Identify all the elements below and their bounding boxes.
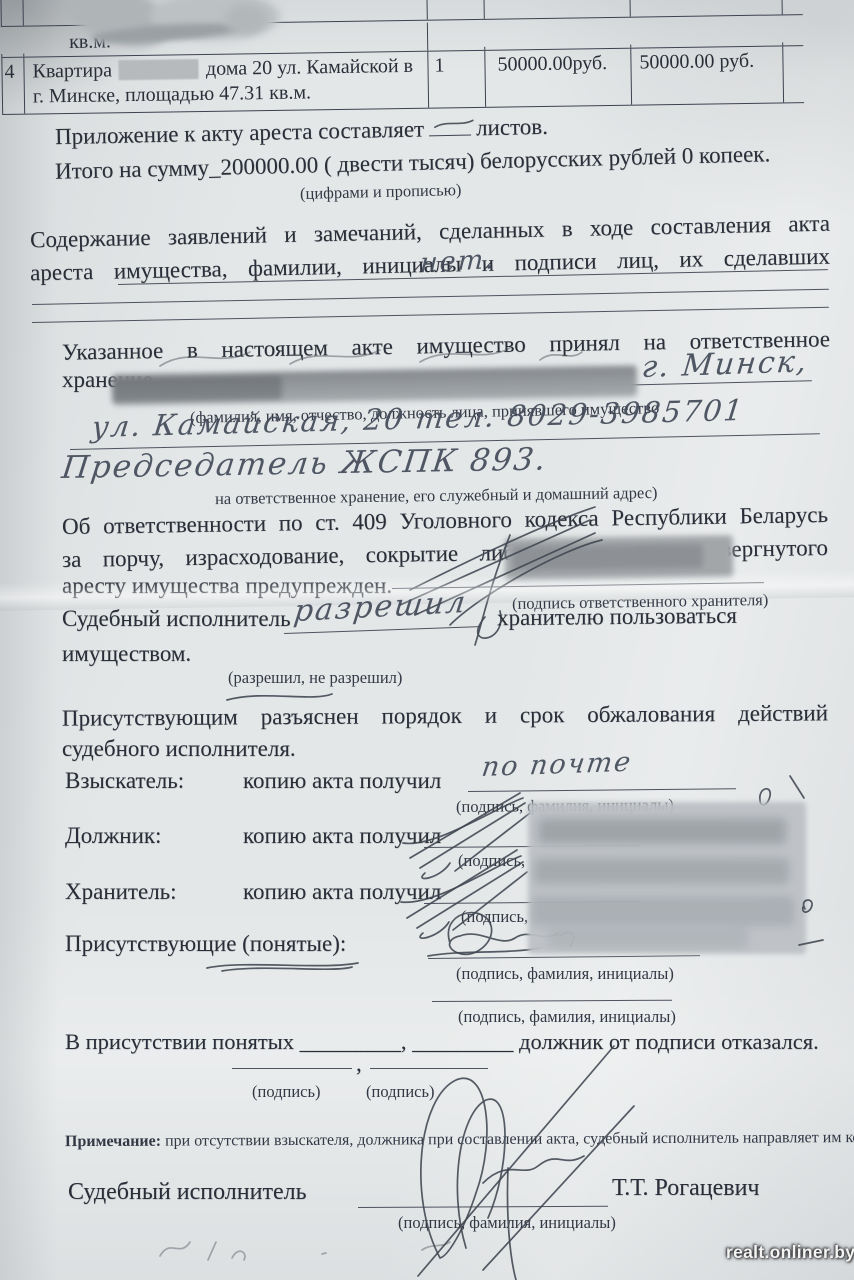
description-cell: Квартирадома 20 ул. Камайской в г. Минск… — [24, 52, 429, 114]
comma: , — [356, 1048, 362, 1080]
margin-marks — [795, 895, 827, 953]
annex-text: Приложение к акту ареста составляет — [55, 116, 425, 149]
blank-rule — [32, 289, 829, 305]
redacted-names-block — [528, 802, 806, 954]
explained-line2: судебного исполнителя. — [62, 733, 296, 765]
explained-line1: Присутствующим разъяснен порядок и срок … — [62, 697, 828, 734]
hand-underline — [202, 958, 364, 974]
stamp-smudge — [225, 4, 267, 34]
bailiff-label: Судебный исполнитель — [68, 1176, 307, 1208]
permit-line2: имуществом. — [62, 638, 191, 670]
total-cell: 50000.00 руб. — [631, 46, 784, 104]
handwritten-city: г. Минск, — [640, 344, 810, 385]
handwritten-by-mail: по почте — [480, 747, 635, 783]
annex-text-2: листов. — [476, 114, 548, 140]
note-label: Примечание: — [65, 1133, 161, 1151]
scanned-arrest-act-page: кв.м. 4 Квартирадома 20 ул. Камайской в … — [0, 0, 854, 1280]
caption-sig-full: (подпись, фамилия, инициалы) — [456, 964, 674, 984]
caption-sig-short: (подпись) — [252, 1082, 321, 1102]
table-row: 4 Квартирадома 20 ул. Камайской в г. Мин… — [1, 46, 804, 115]
redacted-apartment-number — [119, 59, 199, 80]
blank-rule — [32, 307, 829, 323]
caption-digits-words: (цифрами и прописью) — [300, 180, 462, 204]
permit-after: хранителю пользоваться — [497, 600, 737, 635]
handwritten-none: нет. — [419, 244, 496, 279]
claimant-label: Взыскатель: — [65, 765, 184, 797]
caption-permit-options: (разрешил, не разрешил) — [228, 668, 402, 688]
annex-blank — [429, 134, 471, 136]
handwritten-position: Председатель ЖСПК 893. — [60, 441, 550, 486]
row-number-cell: 4 — [1, 58, 25, 114]
quantity-cell: 1 — [428, 51, 486, 108]
permit-before: Судебный исполнитель — [62, 603, 291, 635]
debtor-label: Должник: — [65, 820, 161, 852]
witness2-rule — [432, 1000, 672, 1002]
witnesses-label: Присутствующие (понятые): — [65, 928, 346, 960]
watermark: realt.onliner.by — [726, 1242, 854, 1263]
price-cell: 50000.00руб. — [485, 49, 632, 107]
handwritten-mark — [431, 114, 477, 133]
description-text: Квартира — [32, 59, 112, 82]
pencil-smudges — [150, 1228, 470, 1273]
blank-sig-rule — [232, 1068, 352, 1069]
custodian-label: Хранитель: — [65, 876, 177, 908]
